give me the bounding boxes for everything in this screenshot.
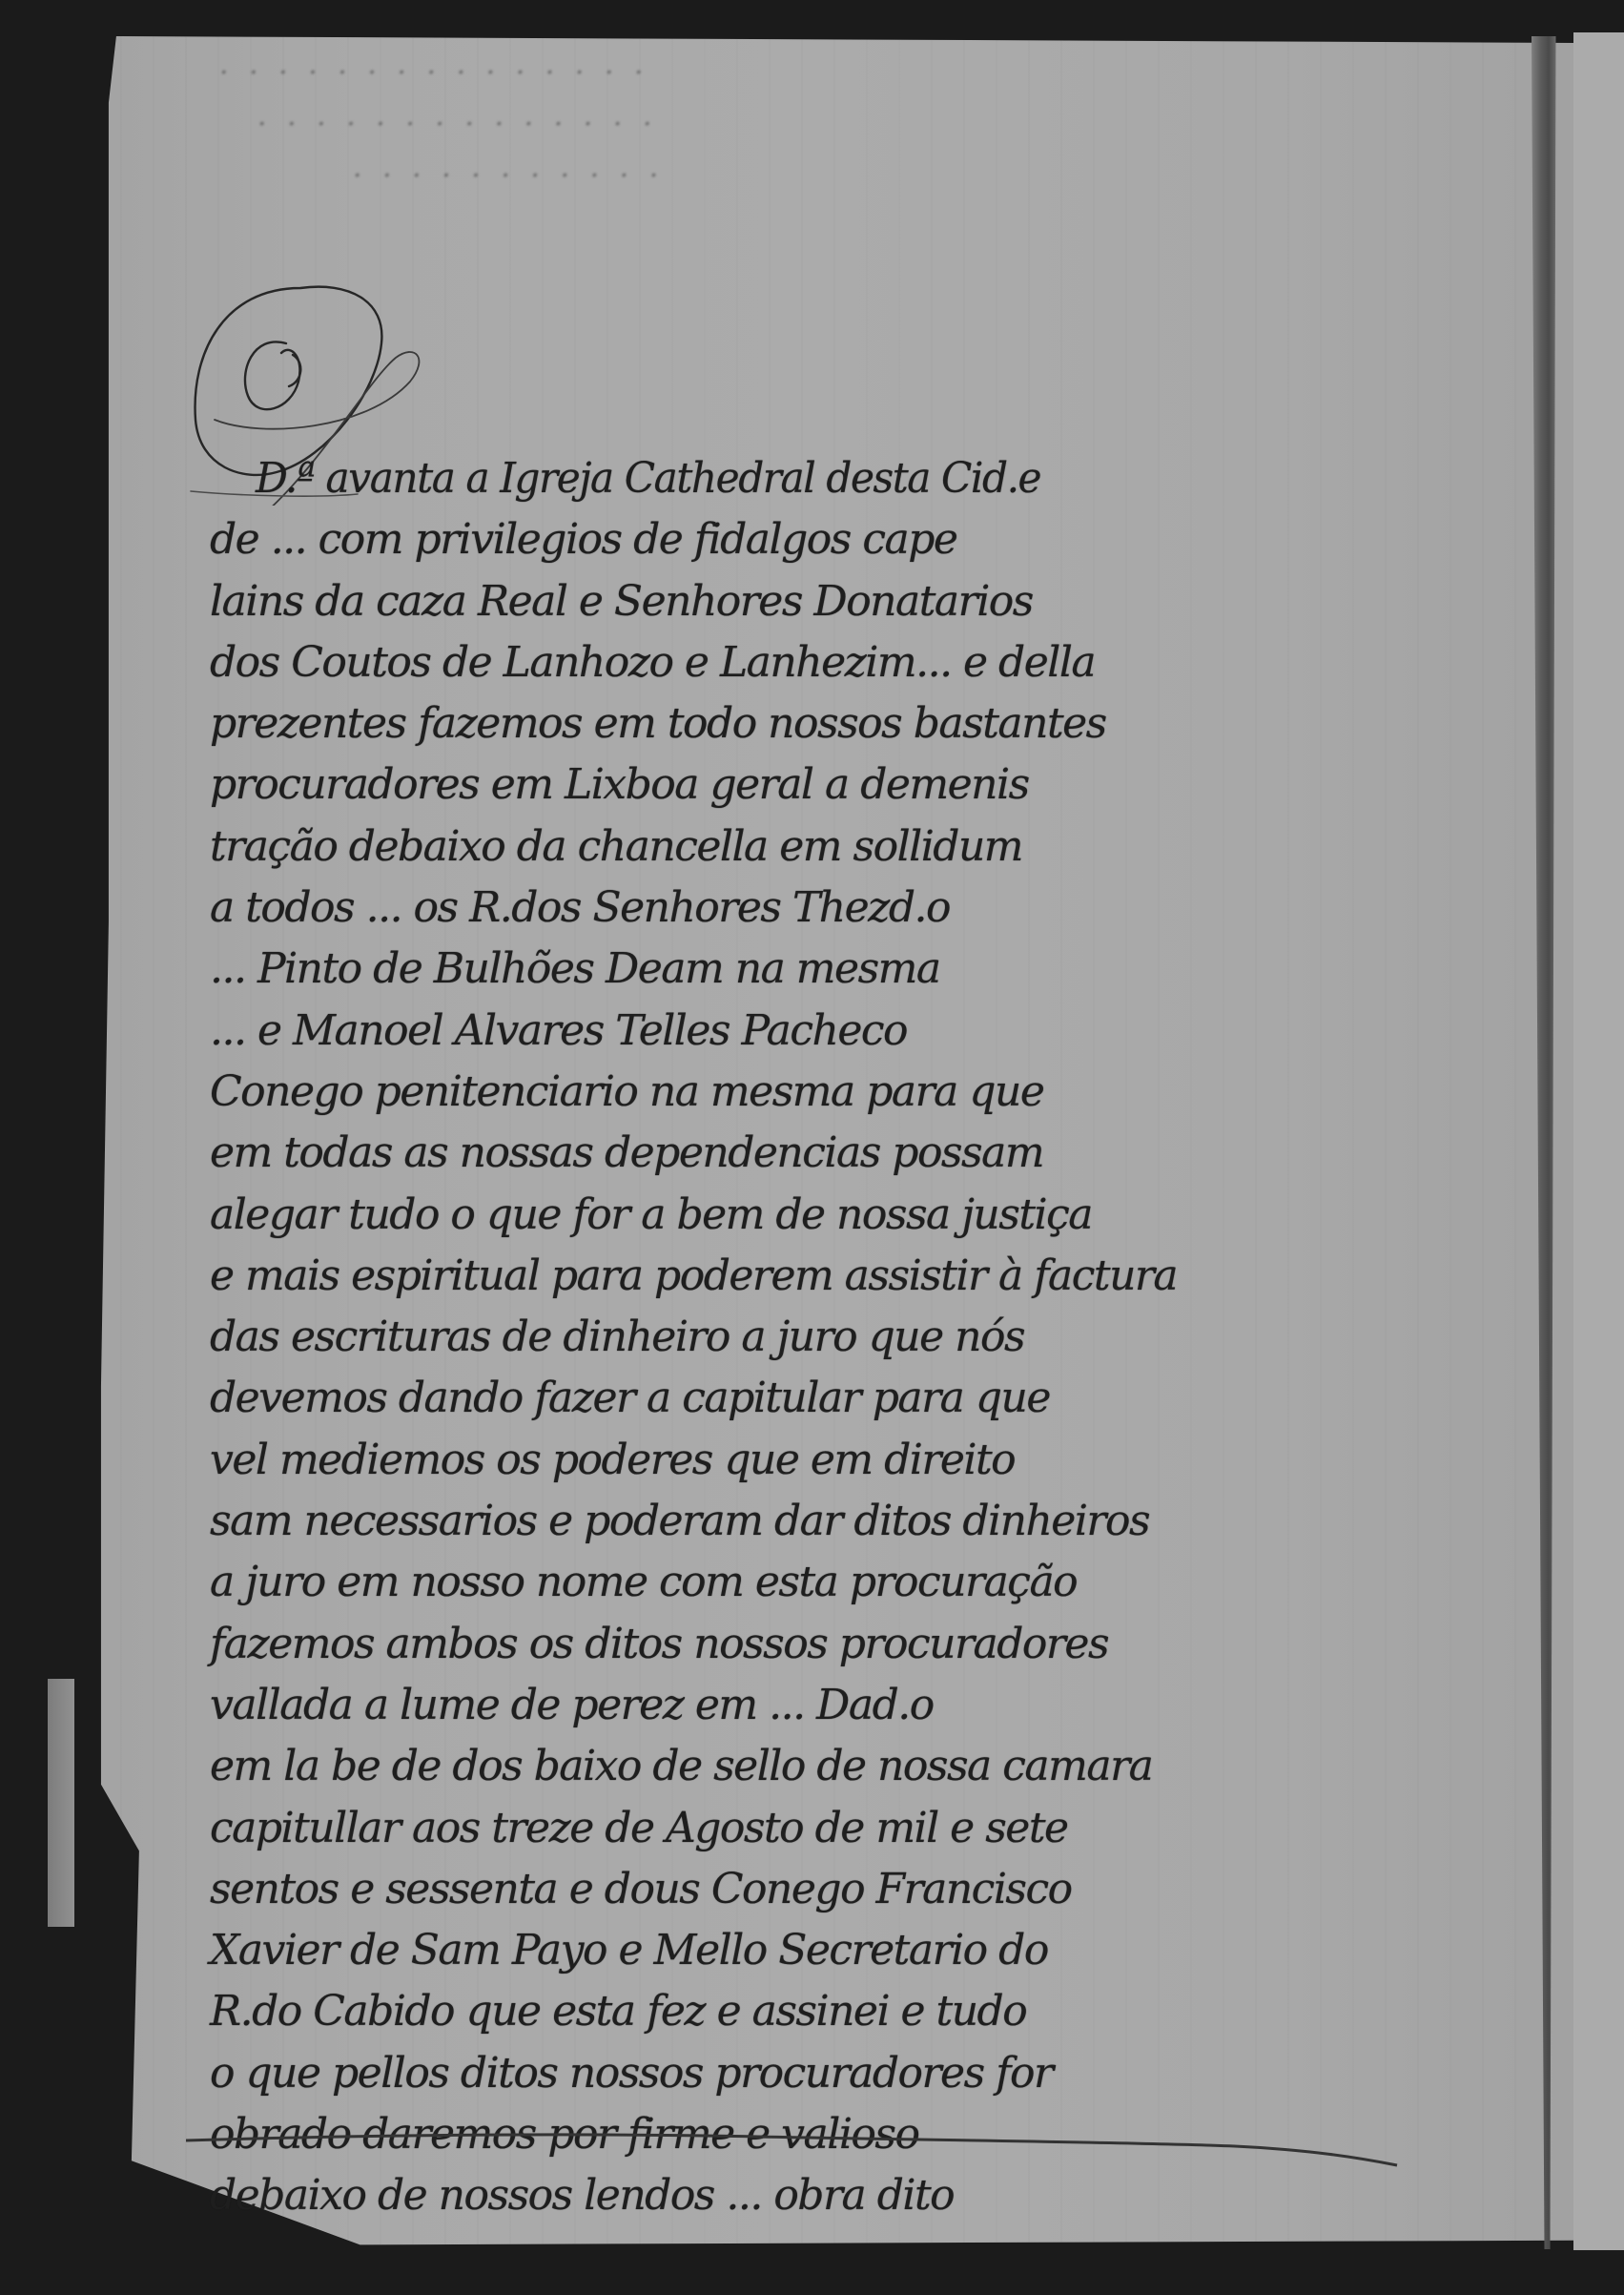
manuscript-line: e mais espiritual para poderem assistir …: [210, 1246, 1402, 1307]
manuscript-line: a todos ... os R.dos Senhores Thezd.o: [210, 878, 1402, 939]
manuscript-line: em todas as nossas dependencias possam: [210, 1123, 1402, 1184]
bleed-through-header: · · · · · · · · · · · · · · · · · · · · …: [219, 48, 1364, 202]
manuscript-line: dos Coutos de Lanhozo e Lanhezim... e de…: [210, 632, 1402, 693]
ghost-line: · · · · · · · · · · · · · · ·: [219, 48, 1364, 99]
manuscript-line: fazemos ambos os ditos nossos procurador…: [210, 1614, 1402, 1675]
manuscript-line: a juro em nosso nome com esta procuração: [210, 1552, 1402, 1613]
manuscript-line: Xavier de Sam Payo e Mello Secretario do: [210, 1920, 1402, 1981]
manuscript-line: Conego penitenciario na mesma para que: [210, 1062, 1402, 1123]
manuscript-line: procuradores em Lixboa geral a demenis: [210, 755, 1402, 816]
page-edge-tear: [48, 1679, 74, 1927]
manuscript-line: de ... com privilegios de fidalgos cape: [210, 509, 1402, 570]
manuscript-line: lains da caza Real e Senhores Donatarios: [210, 571, 1402, 632]
manuscript-line: D.ª avanta a Igreja Cathedral desta Cid.…: [210, 448, 1354, 509]
manuscript-line: vel mediemos os poderes que em direito: [210, 1430, 1402, 1491]
manuscript-line: devemos dando fazer a capitular para que: [210, 1368, 1402, 1429]
manuscript-line: alegar tudo o que for a bem de nossa jus…: [210, 1185, 1402, 1246]
manuscript-text-body: D.ª avanta a Igreja Cathedral desta Cid.…: [210, 448, 1402, 2227]
manuscript-line: sentos e sessenta e dous Conego Francisc…: [210, 1859, 1402, 1920]
manuscript-line: capitullar aos treze de Agosto de mil e …: [210, 1798, 1402, 1859]
manuscript-line: em la be de dos baixo de sello de nossa …: [210, 1736, 1402, 1797]
manuscript-line: das escrituras de dinheiro a juro que nó…: [210, 1307, 1402, 1368]
ghost-line: · · · · · · · · · · · · · ·: [219, 99, 1364, 151]
manuscript-line: R.do Cabido que esta fez e assinei e tud…: [210, 1981, 1402, 2042]
manuscript-line: prezentes fazemos em todo nossos bastant…: [210, 693, 1402, 755]
manuscript-line: sam necessarios e poderam dar ditos dinh…: [210, 1491, 1402, 1552]
closing-rule-line: [186, 2129, 1407, 2167]
manuscript-line: vallada a lume de perez em ... Dad.o: [210, 1675, 1402, 1736]
manuscript-line: o que pellos ditos nossos procuradores f…: [210, 2043, 1402, 2104]
manuscript-line: ... e Manoel Alvares Telles Pacheco: [210, 1001, 1402, 1062]
ghost-line: · · · · · · · · · · ·: [219, 151, 1364, 202]
manuscript-line: tração debaixo da chancella em sollidum: [210, 817, 1402, 878]
adjacent-page-edge: [1573, 32, 1624, 2250]
manuscript-line: ... Pinto de Bulhões Deam na mesma: [210, 939, 1402, 1000]
manuscript-line: debaixo de nossos lendos ... obra dito: [210, 2165, 1402, 2226]
